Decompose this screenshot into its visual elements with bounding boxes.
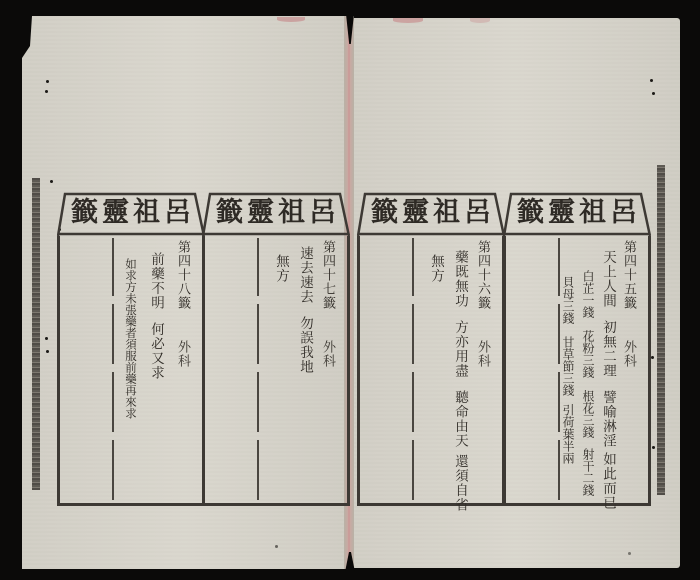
slip-roof: 呂 祖 靈 籤 <box>57 190 205 236</box>
slip-number: 第四十五籤 <box>621 240 635 310</box>
title-char: 呂 <box>309 199 336 226</box>
herb-line: 白芷一錢 <box>581 270 594 318</box>
herb-line: 引荷葉半兩 <box>561 404 574 464</box>
worm-hole <box>50 180 53 183</box>
verse-line: 何必又求 <box>149 322 163 380</box>
red-stain <box>470 18 490 23</box>
worm-hole <box>652 446 655 449</box>
verse-line: 譬喻淋淫 <box>601 390 615 448</box>
worm-hole <box>46 80 49 83</box>
print-block-edge-left <box>32 178 40 490</box>
slip-title: 呂 祖 靈 籤 <box>216 196 336 228</box>
title-char: 呂 <box>164 199 191 226</box>
slip-roof: 呂 祖 靈 籤 <box>202 190 350 236</box>
column-divider <box>112 238 114 500</box>
worm-hole <box>652 92 655 95</box>
title-char: 靈 <box>402 199 429 226</box>
verse-line: 藥既無功 <box>453 250 467 308</box>
verse-line: 聽命由天 <box>453 390 467 448</box>
worm-hole <box>650 79 653 82</box>
title-char: 籤 <box>517 199 544 226</box>
slip-category: 外科 <box>475 340 489 368</box>
print-block-edge-right <box>657 165 665 495</box>
slip-category: 外科 <box>175 340 189 368</box>
note-line: 無方 <box>429 254 443 283</box>
title-char: 祖 <box>433 199 460 226</box>
verse-line: 如此而已 <box>601 452 615 510</box>
title-char: 呂 <box>464 199 491 226</box>
worm-hole <box>45 337 48 340</box>
worm-hole <box>628 552 631 555</box>
title-char: 靈 <box>247 199 274 226</box>
verse-line: 初無二理 <box>601 320 615 378</box>
verse-line: 前藥不明 <box>149 252 163 310</box>
title-char: 籤 <box>371 199 398 226</box>
slip-title: 呂 祖 靈 籤 <box>71 196 191 228</box>
slip-title: 呂 祖 靈 籤 <box>517 196 637 228</box>
verse-line: 勿誤我地 <box>298 316 312 374</box>
verse-line: 速去速去 <box>298 246 312 304</box>
verse-line: 還須自省 <box>453 454 467 512</box>
worm-hole <box>46 350 49 353</box>
column-divider <box>558 238 560 500</box>
title-char: 呂 <box>610 199 637 226</box>
column-divider <box>257 238 259 500</box>
slip-number: 第四十八籤 <box>175 240 189 310</box>
title-char: 祖 <box>278 199 305 226</box>
worm-hole <box>275 545 278 548</box>
red-stain <box>393 18 423 23</box>
title-char: 籤 <box>216 199 243 226</box>
verse-line: 方亦用盡 <box>453 320 467 378</box>
herb-line: 射干二錢 <box>581 448 594 496</box>
herb-line: 甘草節三錢 <box>561 336 574 396</box>
red-stain <box>277 17 305 22</box>
column-divider <box>412 238 414 500</box>
herb-line: 貝母三錢 <box>561 276 574 324</box>
title-char: 靈 <box>102 199 129 226</box>
verse-line: 天上人間 <box>601 250 615 308</box>
title-char: 祖 <box>133 199 160 226</box>
slip-roof: 呂 祖 靈 籤 <box>503 190 651 236</box>
worm-hole <box>651 356 654 359</box>
title-char: 籤 <box>71 199 98 226</box>
herb-line: 花粉三錢 <box>581 330 594 378</box>
title-char: 祖 <box>579 199 606 226</box>
worm-hole <box>45 90 48 93</box>
note-line: 無方 <box>274 254 288 283</box>
slip-number: 第四十七籤 <box>320 240 334 310</box>
slip-roof: 呂 祖 靈 籤 <box>357 190 505 236</box>
herb-line: 根花三錢 <box>581 390 594 438</box>
slip-title: 呂 祖 靈 籤 <box>371 196 491 228</box>
note-line: 如求方未張藥者須服前藥再來求 <box>125 258 137 419</box>
title-char: 靈 <box>548 199 575 226</box>
slip-number: 第四十六籤 <box>475 240 489 310</box>
slip-category: 外科 <box>320 340 334 368</box>
slip-category: 外科 <box>621 340 635 368</box>
